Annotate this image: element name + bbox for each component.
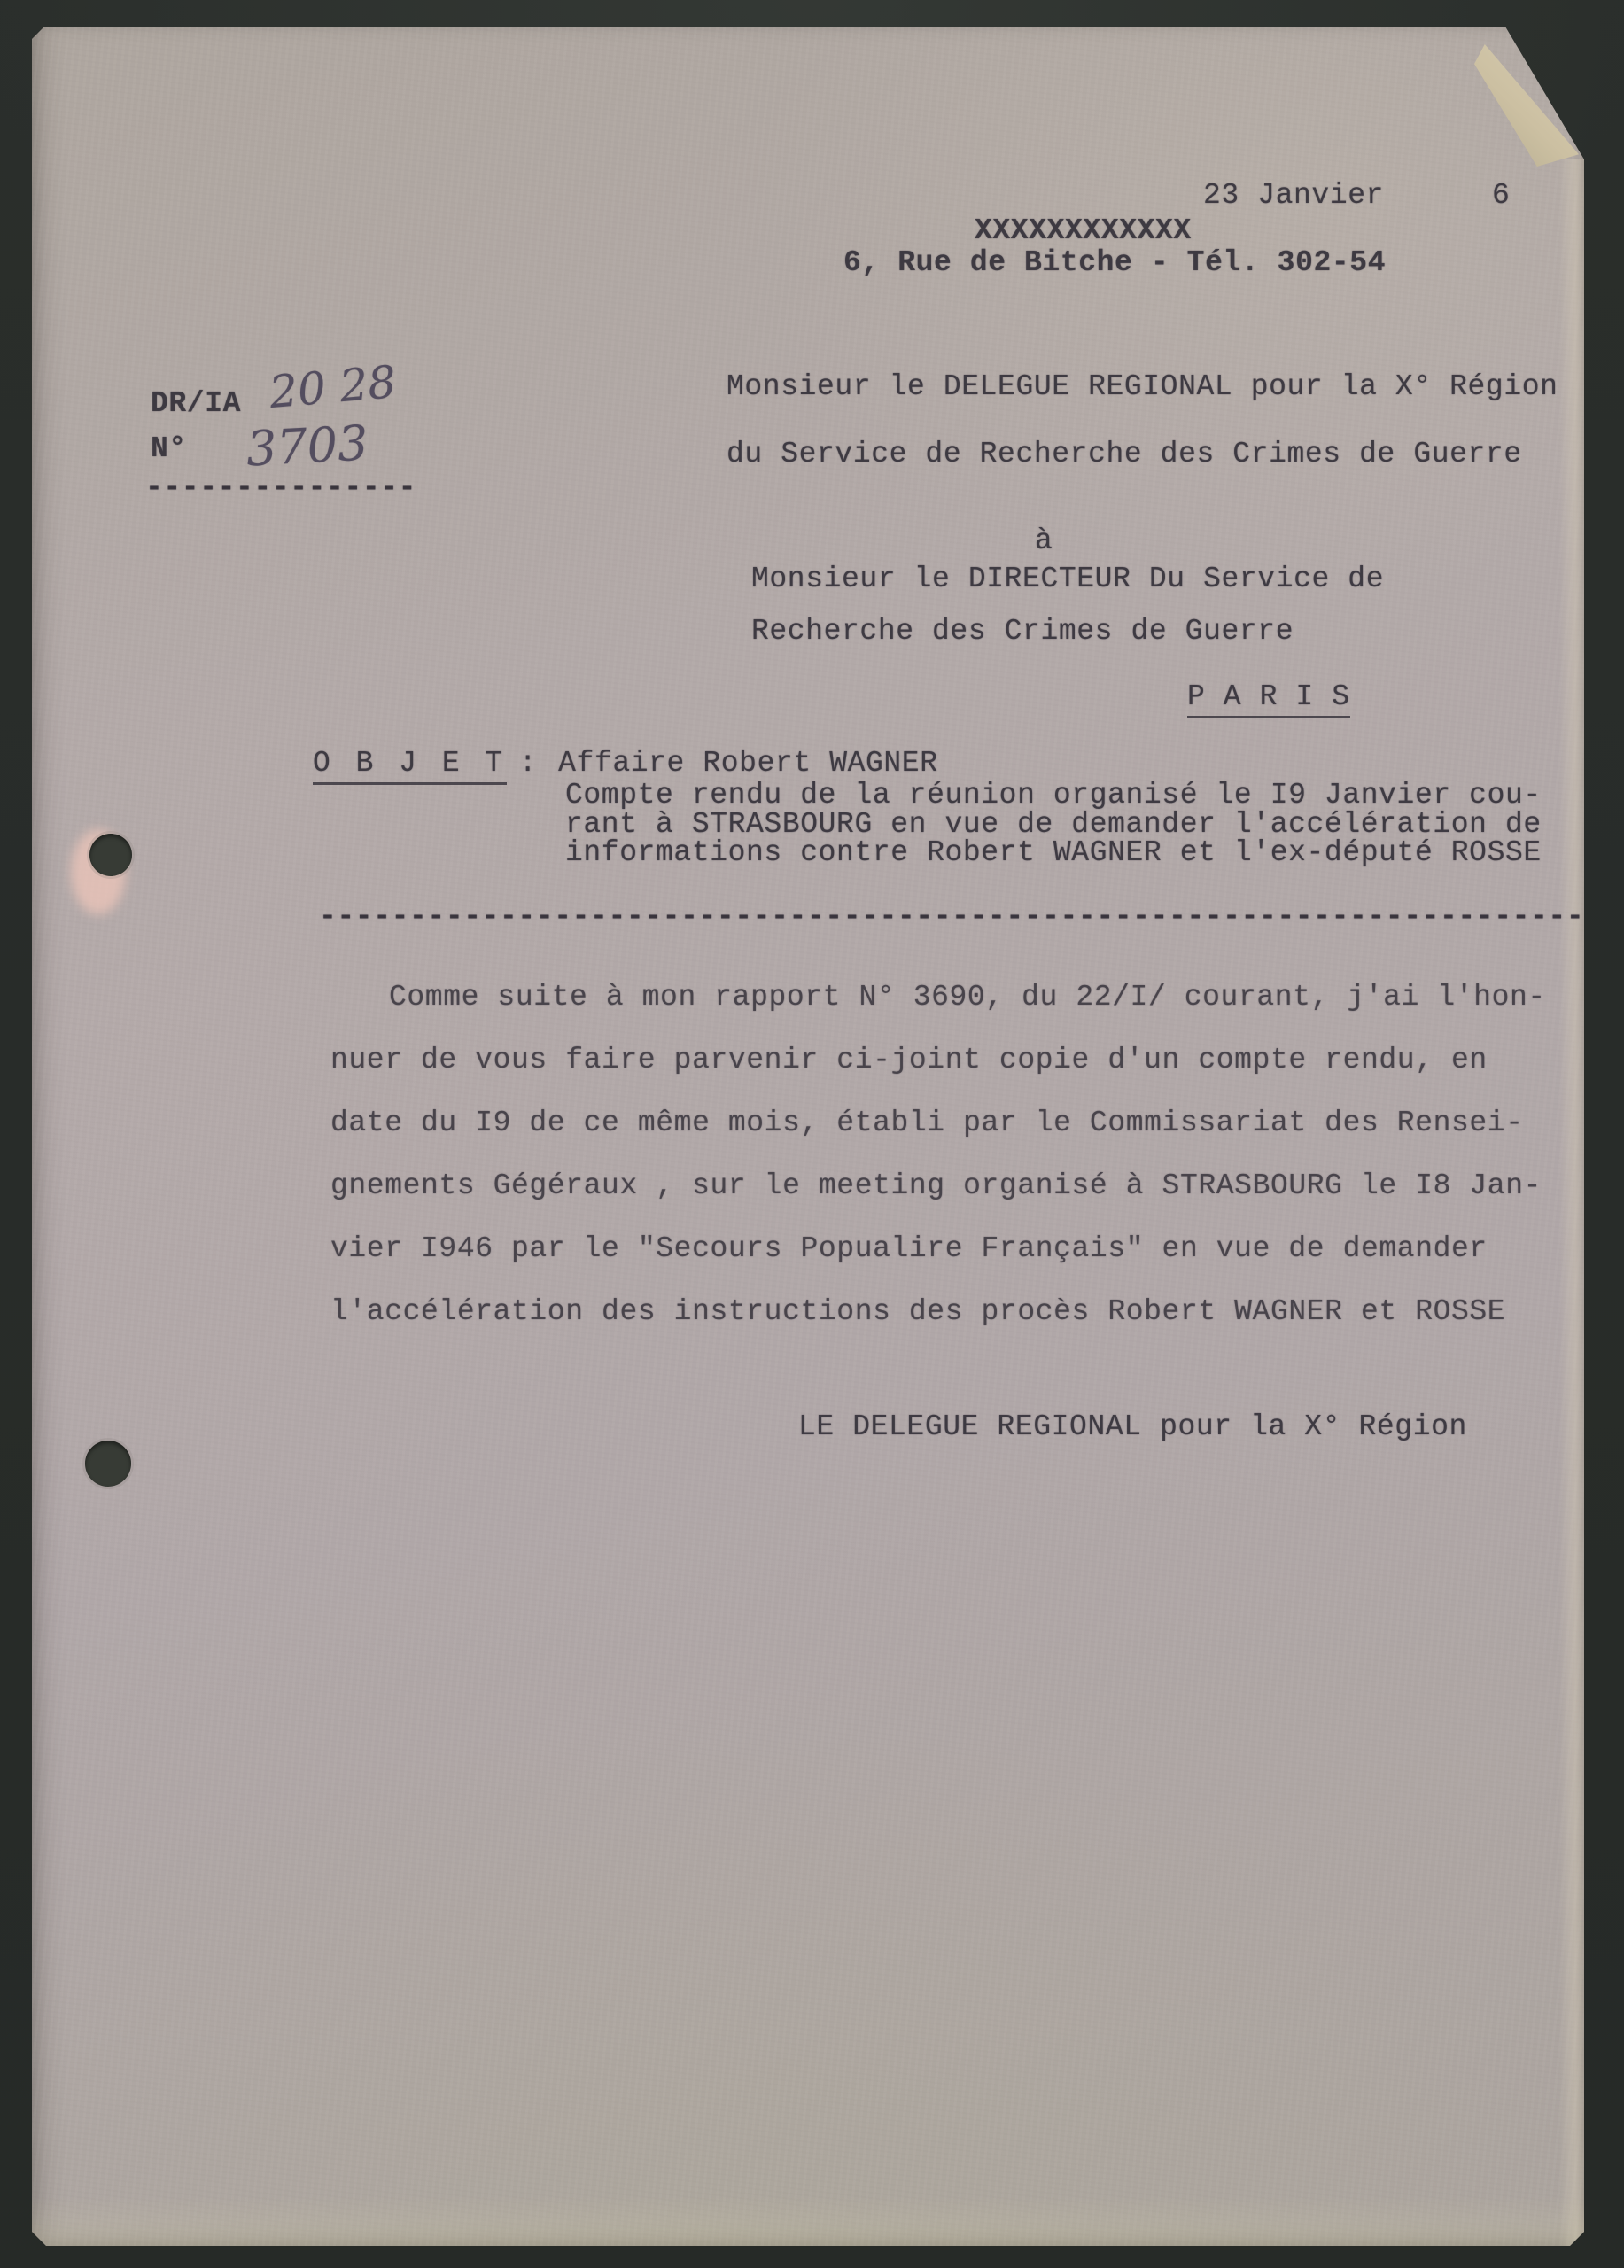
folded-corner bbox=[1474, 44, 1579, 167]
subject-line-4: informations contre Robert WAGNER et l'e… bbox=[565, 836, 1542, 869]
recipient-city-text: P A R I S bbox=[1187, 680, 1350, 718]
reference-code: DR/IA bbox=[151, 387, 241, 420]
recipient-line-1: Monsieur le DELEGUE REGIONAL pour la X° … bbox=[727, 370, 1558, 403]
separator-dashes: ----------------------------------------… bbox=[319, 900, 1584, 933]
reference-number-label: N° bbox=[151, 432, 187, 465]
body-line-1: Comme suite à mon rapport N° 3690, du 22… bbox=[330, 966, 1546, 1029]
paper-right-edge-highlight bbox=[1559, 159, 1584, 2246]
punch-hole-bottom bbox=[85, 1441, 131, 1487]
scanner-background: 23 Janvier 6 XXXXXXXXXXXX 6, Rue de Bitc… bbox=[0, 0, 1624, 2268]
recipient-line-4: Recherche des Crimes de Guerre bbox=[751, 615, 1294, 648]
letter-body: Comme suite à mon rapport N° 3690, du 22… bbox=[330, 966, 1546, 1343]
body-line-4: gnements Gégéraux , sur le meeting organ… bbox=[330, 1154, 1546, 1217]
body-line-3: date du I9 de ce même mois, établi par l… bbox=[330, 1091, 1546, 1154]
subject-row: O B J E T:Affaire Robert WAGNER bbox=[313, 747, 938, 780]
punch-hole-top bbox=[89, 834, 132, 876]
recipient-line-3: Monsieur le DIRECTEUR Du Service de bbox=[751, 563, 1384, 595]
body-line-6: l'accélération des instructions des proc… bbox=[330, 1280, 1546, 1343]
subject-line-1: Affaire Robert WAGNER bbox=[558, 747, 937, 780]
subject-label: O B J E T bbox=[313, 747, 507, 785]
subject-colon: : bbox=[519, 747, 537, 780]
signature-line: LE DELEGUE REGIONAL pour la X° Région bbox=[798, 1410, 1467, 1443]
header-page-number: 6 bbox=[1492, 179, 1510, 212]
paper-bottom-edge-highlight bbox=[32, 2196, 1584, 2246]
subject-line-2: Compte rendu de la réunion organisé le I… bbox=[565, 779, 1542, 812]
reference-code-handwritten: 20 28 bbox=[268, 356, 399, 418]
recipient-city: P A R I S bbox=[1187, 680, 1350, 713]
recipient-connector: à bbox=[1035, 524, 1053, 557]
body-line-5: vier I946 par le "Secours Popualire Fran… bbox=[330, 1217, 1546, 1280]
reference-number-handwritten: 3703 bbox=[245, 415, 369, 477]
letter-page: 23 Janvier 6 XXXXXXXXXXXX 6, Rue de Bitc… bbox=[32, 27, 1584, 2246]
header-date: 23 Janvier bbox=[1203, 179, 1384, 212]
header-strikeout: XXXXXXXXXXXX bbox=[975, 214, 1192, 247]
reference-underline: --------------- bbox=[145, 471, 416, 504]
recipient-line-2: du Service de Recherche des Crimes de Gu… bbox=[727, 438, 1522, 470]
header-address: 6, Rue de Bitche - Tél. 302-54 bbox=[843, 246, 1386, 279]
body-line-2: nuer de vous faire parvenir ci-joint cop… bbox=[330, 1029, 1546, 1091]
